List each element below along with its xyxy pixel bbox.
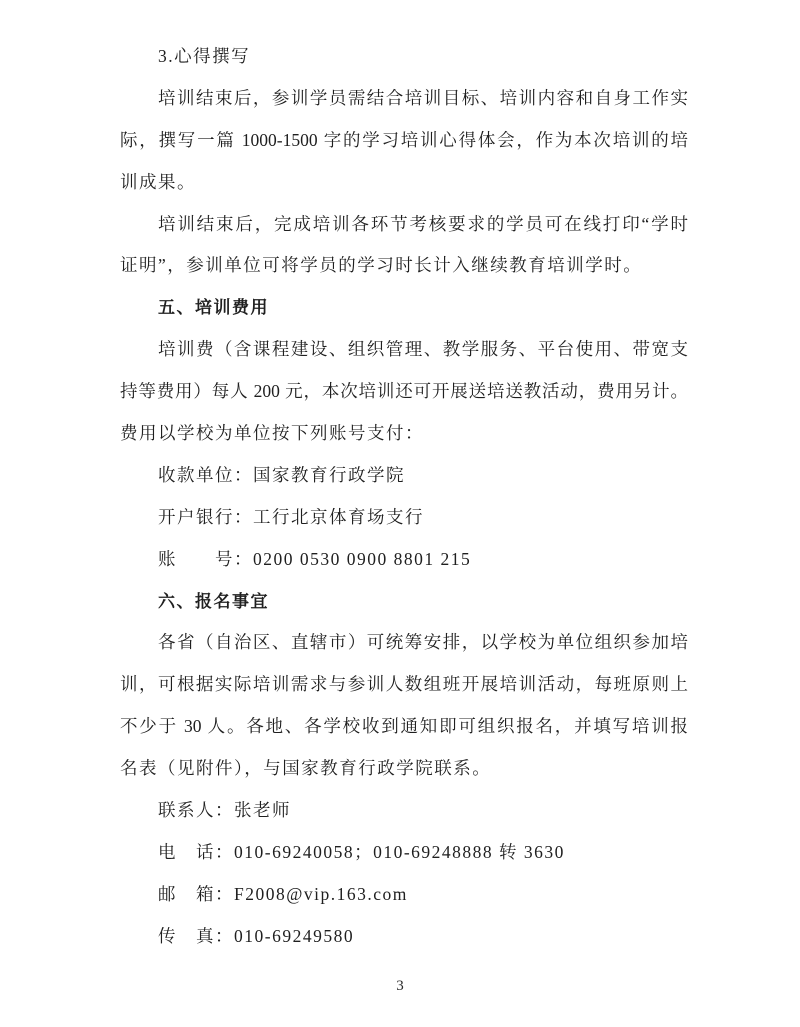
- para-xueshi-line-2: 证明”，参训单位可将学员的学习时长计入继续教育培训学时。: [120, 245, 688, 287]
- para-xinde-line-1: 培训结束后，参训学员需结合培训目标、培训内容和自身工作实: [120, 78, 688, 120]
- subsection-heading-xinde: 3.心得撰写: [120, 36, 688, 78]
- para-fees-line-1: 培训费（含课程建设、组织管理、教学服务、平台使用、带宽支: [120, 329, 688, 371]
- page-number: 3: [0, 978, 800, 995]
- para-registration-line-2: 训，可根据实际培训需求与参训人数组班开展培训活动，每班原则上: [120, 664, 688, 706]
- para-registration-line-4: 名表（见附件），与国家教育行政学院联系。: [120, 748, 688, 790]
- email-line: 邮 箱：F2008@vip.163.com: [120, 874, 688, 916]
- section-heading-training-fees: 五、培训费用: [120, 287, 688, 329]
- para-registration-line-1: 各省（自治区、直辖市）可统筹安排，以学校为单位组织参加培: [120, 622, 688, 664]
- account-number-line: 账 号：0200 0530 0900 8801 215: [120, 539, 688, 581]
- para-registration-line-3: 不少于 30 人。各地、各学校收到通知即可组织报名，并填写培训报: [120, 706, 688, 748]
- document-page: 3.心得撰写 培训结束后，参训学员需结合培训目标、培训内容和自身工作实 际，撰写…: [0, 0, 800, 1027]
- fax-line: 传 真：010-69249580: [120, 916, 688, 958]
- para-fees-line-2: 持等费用）每人 200 元，本次培训还可开展送培送教活动，费用另计。: [120, 371, 688, 413]
- document-body: 3.心得撰写 培训结束后，参训学员需结合培训目标、培训内容和自身工作实 际，撰写…: [120, 36, 688, 958]
- para-fees-line-3: 费用以学校为单位按下列账号支付：: [120, 413, 688, 455]
- bank-line: 开户银行：工行北京体育场支行: [120, 497, 688, 539]
- contact-person-line: 联系人：张老师: [120, 790, 688, 832]
- para-xinde-line-3: 训成果。: [120, 162, 688, 204]
- payee-line: 收款单位：国家教育行政学院: [120, 455, 688, 497]
- para-xinde-line-2: 际，撰写一篇 1000-1500 字的学习培训心得体会，作为本次培训的培: [120, 120, 688, 162]
- para-xueshi-line-1: 培训结束后，完成培训各环节考核要求的学员可在线打印“学时: [120, 204, 688, 246]
- phone-line: 电 话：010-69240058；010-69248888 转 3630: [120, 832, 688, 874]
- section-heading-registration: 六、报名事宜: [120, 581, 688, 623]
